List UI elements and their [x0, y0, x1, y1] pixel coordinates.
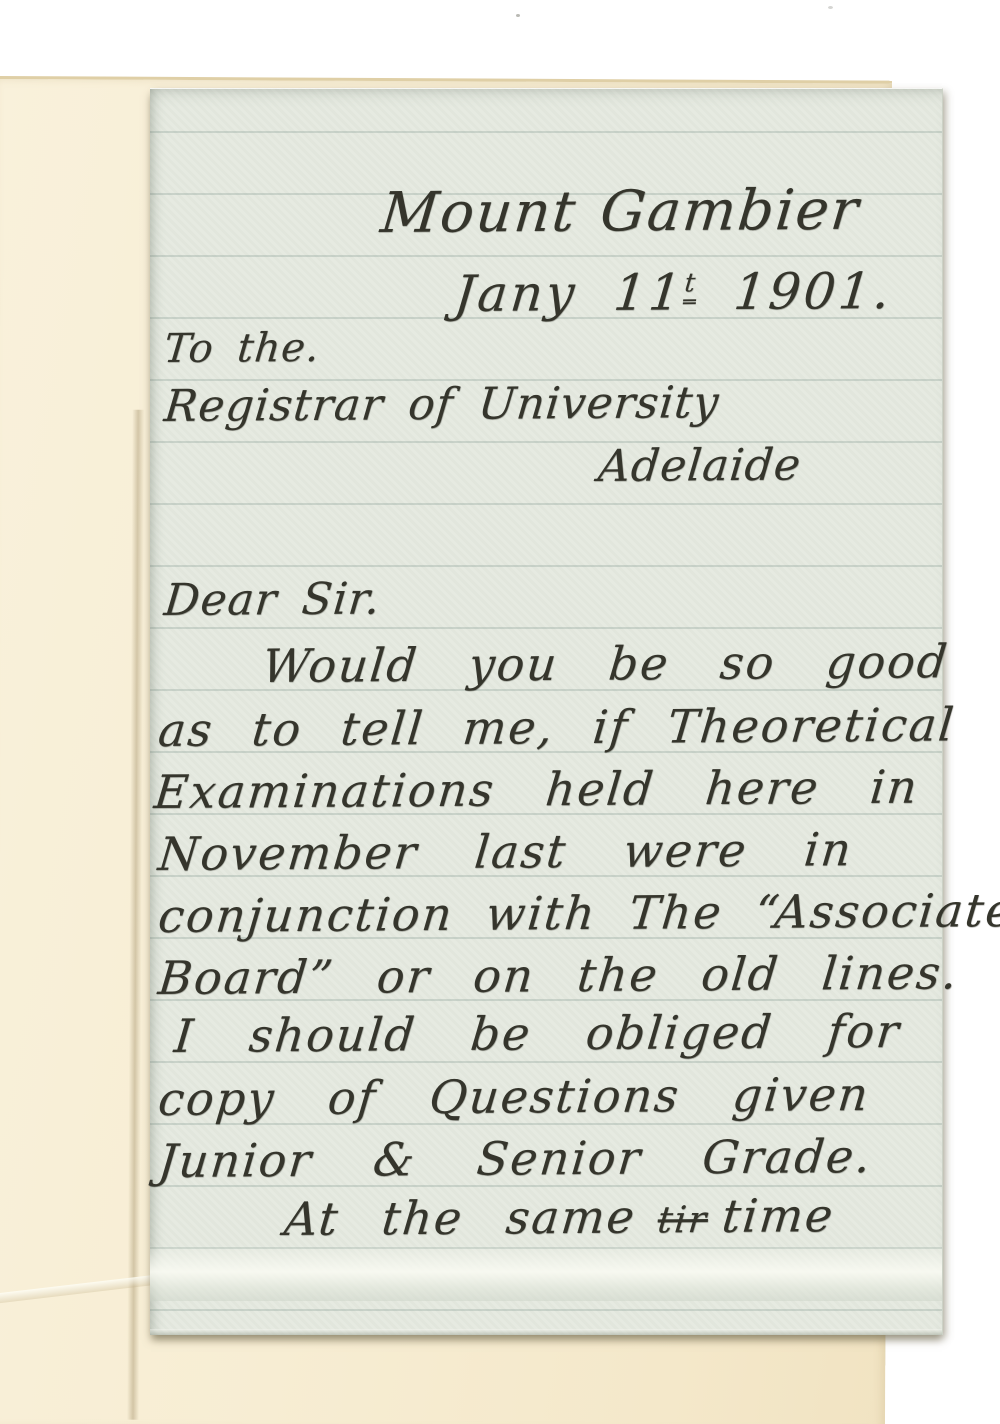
body-line: Board” or on the old lines. [156, 947, 961, 1003]
letter-scan: Mount Gambier Jany 11t 1901. To the. Reg… [0, 0, 1000, 1424]
struck-out-word: tir [656, 1198, 710, 1241]
body-line: as to tell me, if Theoretical [156, 699, 958, 755]
salutation: Dear Sir. [162, 575, 383, 625]
letter-sheet: Mount Gambier Jany 11t 1901. To the. Reg… [150, 88, 943, 1335]
paper-curl-highlight [150, 1245, 942, 1301]
body-line: November last were in [156, 824, 855, 879]
date-day: Jany 11 [452, 263, 687, 323]
letter-date: Jany 11t 1901. [452, 264, 895, 322]
address-line: To the. [162, 326, 322, 371]
body-line: copy of Questions given [156, 1069, 872, 1125]
body-line: conjunction with The “Associated [156, 885, 1000, 942]
body-line-with-correction: At the sametirtime [282, 1190, 837, 1244]
body-line: Junior & Senior Grade. [156, 1131, 875, 1187]
closing-text-pre: At the same [282, 1190, 639, 1246]
body-line: Examinations held here in [152, 762, 921, 818]
body-line: Would you be so good [260, 636, 951, 691]
sheet-bottom-edge [150, 1329, 942, 1335]
corner-crease [0, 1273, 174, 1306]
page-fold-crease [127, 410, 144, 1420]
closing-text-post: time [720, 1188, 837, 1243]
address-line: Adelaide [596, 442, 803, 492]
dust-speck [516, 14, 520, 17]
dust-speck [828, 6, 833, 9]
address-line: Registrar of University [162, 379, 721, 431]
letter-place: Mount Gambier [378, 180, 863, 245]
date-year: 1901. [694, 262, 895, 321]
body-line: I should be obliged for [172, 1006, 903, 1062]
